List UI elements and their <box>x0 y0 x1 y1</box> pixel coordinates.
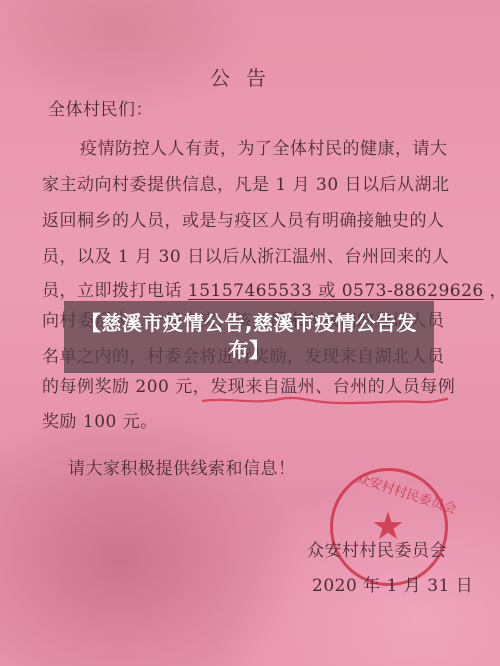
red-underline-mark <box>200 393 450 409</box>
paragraph-line-1: 疫情防控人人有责，为了全体村民的健康，请大 <box>80 134 448 159</box>
phone-line: 员，立即拨打电话 15157465533 或 0573-88629626 ， <box>42 276 500 301</box>
closing-line: 请大家积极提供线索和信息！ <box>68 454 296 479</box>
phone-prefix: 员，立即拨打电话 <box>42 281 188 301</box>
caption-text: 【慈溪市疫情公告,慈溪市疫情公告发布】 <box>72 310 426 364</box>
paragraph-line-3: 返回桐乡的人员，或是与疫区人员有明确接触史的人 <box>42 206 445 231</box>
notice-title: 公告 <box>210 62 282 91</box>
official-stamp: 众安村村民委员会 ★ <box>330 468 448 586</box>
phone-or: 或 <box>312 281 341 301</box>
date: 2020 年 1 月 31 日 <box>312 571 473 596</box>
phone-number-2: 0573-88629626 <box>342 281 484 301</box>
phone-number-1: 15157465533 <box>188 281 312 301</box>
caption-banner: 【慈溪市疫情公告,慈溪市疫情公告发布】 <box>64 301 434 373</box>
paragraph-line-2: 家主动向村委提供信息，凡是 1 月 30 日以后从湖北 <box>42 170 450 195</box>
signature: 众安村村民委员会 <box>307 536 447 561</box>
reward-line-3: 奖励 100 元。 <box>42 407 158 432</box>
greeting: 全体村民们： <box>48 95 153 120</box>
paragraph-line-4: 员，以及 1 月 30 日以后从浙江温州、台州回来的人 <box>42 242 450 267</box>
phone-suffix: ， <box>484 281 500 301</box>
